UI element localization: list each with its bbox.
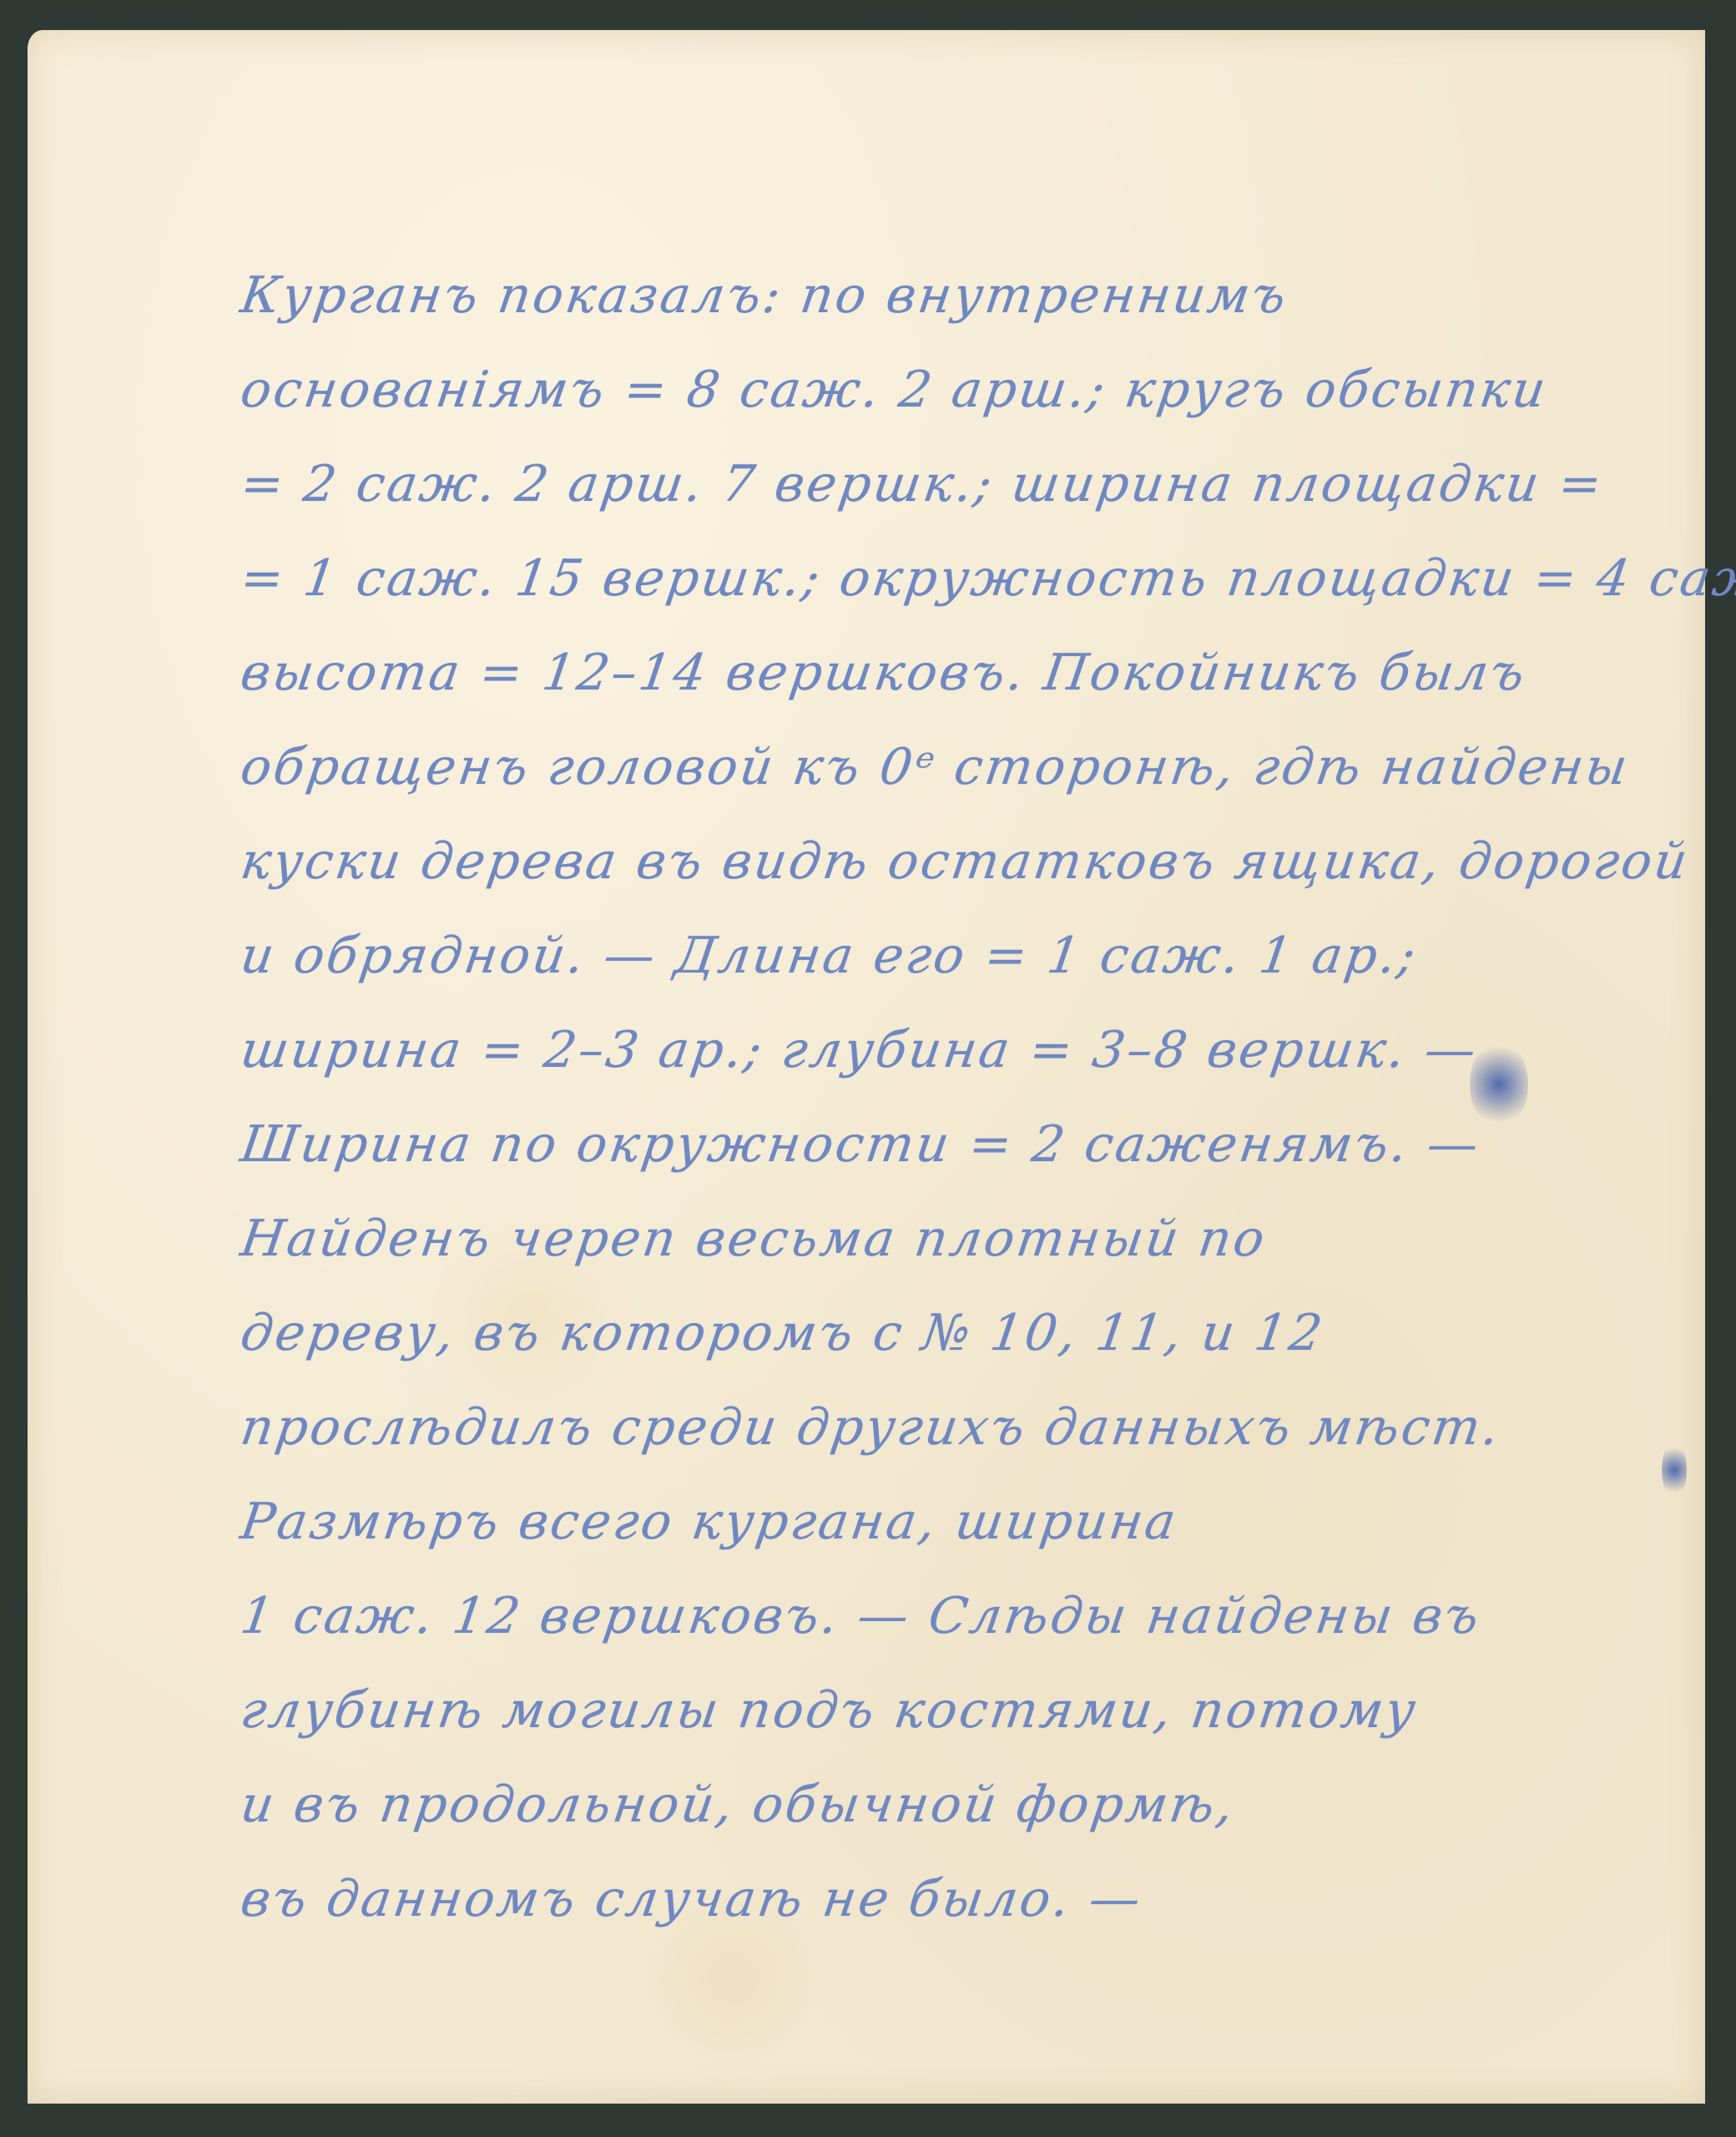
text-line: дереву, въ которомъ с № 10, 11, и 12 <box>235 1286 1733 1381</box>
text-line: = 1 саж. 15 вершк.; окружность площадки … <box>235 532 1733 626</box>
text-line: куски дерева въ видѣ остатковъ ящика, до… <box>235 815 1733 909</box>
text-line: и въ продольной, обычной формѣ, <box>235 1758 1733 1852</box>
manuscript-page: Курганъ показалъ: по внутреннимъ основан… <box>28 30 1705 2104</box>
text-line: глубинѣ могилы подъ костями, потому <box>235 1664 1733 1758</box>
text-line: Курганъ показалъ: по внутреннимъ <box>235 249 1733 343</box>
text-line: ширина = 2–3 ар.; глубина = 3–8 вершк. — <box>235 1003 1733 1098</box>
text-line: основаніямъ = 8 саж. 2 арш.; кругъ обсып… <box>235 343 1733 437</box>
text-line: Ширина по окружности = 2 саженямъ. — <box>235 1098 1733 1192</box>
text-line: Найденъ череп весьма плотный по <box>235 1192 1733 1286</box>
text-line: обращенъ головой къ 0ᵉ сторонѣ, гдѣ найд… <box>235 720 1733 815</box>
text-line: и обрядной. — Длина его = 1 саж. 1 ар.; <box>235 909 1733 1003</box>
text-line: = 2 саж. 2 арш. 7 вершк.; ширина площадк… <box>235 437 1733 532</box>
text-line: въ данномъ случаѣ не было. — <box>235 1852 1733 1947</box>
text-line: прослѣдилъ среди другихъ данныхъ мѣст. <box>235 1381 1733 1475</box>
handwritten-text: Курганъ показалъ: по внутреннимъ основан… <box>235 249 1720 1947</box>
text-line: высота = 12–14 вершковъ. Покойникъ былъ <box>235 626 1733 720</box>
text-line: 1 саж. 12 вершковъ. — Слѣды найдены въ <box>235 1569 1733 1664</box>
text-line: Размѣръ всего кургана, ширина <box>235 1475 1733 1569</box>
